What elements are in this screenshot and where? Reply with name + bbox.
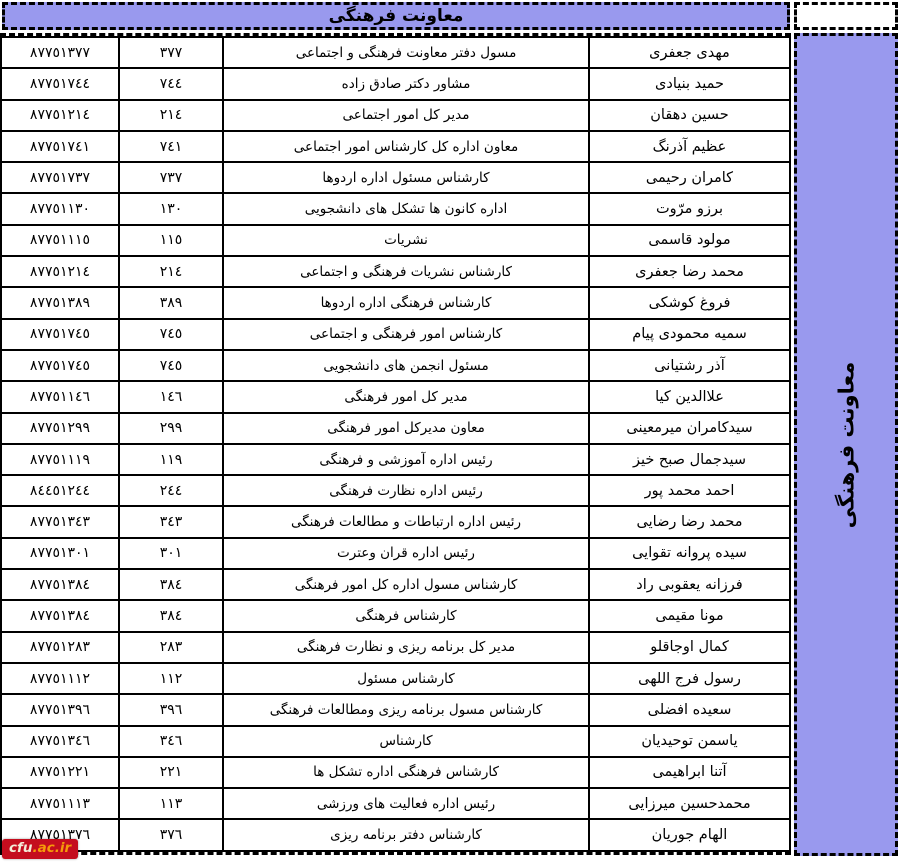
table-row: سیدجمال صبح خیز رئیس اداره آموزشی و فرهن…: [1, 444, 790, 475]
table-row: محمد رضا رضایی رئیس اداره ارتباطات و مطا…: [1, 506, 790, 537]
employee-name: سیدجمال صبح خیز: [589, 444, 790, 475]
directory-page: معاونت فرهنگی معاونت فرهنگی مهدی جعفری م…: [0, 0, 900, 862]
table-row: فرزانه یعقوبی راد کارشناس مسول اداره کل …: [1, 569, 790, 600]
extension-number: ٢٨٣: [119, 632, 223, 663]
employee-role: کارشناس فرهنگی اداره تشکل ها: [223, 757, 589, 788]
page-title: معاونت فرهنگی: [329, 6, 464, 26]
sidebar-label: معاونت فرهنگی: [834, 361, 858, 528]
phone-number: ٨٧٧٥١٣٧٧: [1, 37, 119, 68]
phone-number: ٨٧٧٥١٣٨٩: [1, 287, 119, 318]
extension-number: ١١٩: [119, 444, 223, 475]
employee-role: کارشناس مسول اداره کل امور فرهنگی: [223, 569, 589, 600]
employee-name: برزو مرّوت: [589, 193, 790, 224]
directory-table-wrap: مهدی جعفری مسول دفتر معاونت فرهنگی و اجت…: [0, 33, 791, 855]
employee-name: سعیده افضلی: [589, 694, 790, 725]
employee-role: کارشناس مسئول اداره اردوها: [223, 162, 589, 193]
extension-number: ٣٨٤: [119, 600, 223, 631]
phone-number: ٨٧٧٥١١٣٠: [1, 193, 119, 224]
table-row: کامران رحیمی کارشناس مسئول اداره اردوها …: [1, 162, 790, 193]
table-row: سعیده افضلی کارشناس مسول برنامه ریزی ومط…: [1, 694, 790, 725]
employee-role: مدیر کل امور فرهنگی: [223, 381, 589, 412]
employee-name: احمد محمد پور: [589, 475, 790, 506]
table-row: احمد محمد پور رئیس اداره نظارت فرهنگی ٢٤…: [1, 475, 790, 506]
phone-number: ٨٧٧٥١٧٤٥: [1, 350, 119, 381]
employee-name: مهدی جعفری: [589, 37, 790, 68]
employee-name: آتنا ابراهیمی: [589, 757, 790, 788]
extension-number: ٣٤٦: [119, 726, 223, 757]
phone-number: ٨٧٧٥١١٤٦: [1, 381, 119, 412]
extension-number: ١٣٠: [119, 193, 223, 224]
phone-number: ٨٧٧٥١٢٨٣: [1, 632, 119, 663]
table-row: الهام جوریان کارشناس دفتر برنامه ریزی ٣٧…: [1, 819, 790, 851]
employee-role: رئیس اداره آموزشی و فرهنگی: [223, 444, 589, 475]
extension-number: ٧٤٥: [119, 350, 223, 381]
table-row: حمید بنیادی مشاور دکتر صادق زاده ٧٤٤ ٨٧٧…: [1, 68, 790, 99]
phone-number: ٨٧٧٥١٣٨٤: [1, 569, 119, 600]
employee-role: کارشناس مسئول: [223, 663, 589, 694]
table-row: سیدکامران میرمعینی معاون مدیرکل امور فره…: [1, 413, 790, 444]
employee-role: نشریات: [223, 225, 589, 256]
table-row: عظیم آذرنگ معاون اداره کل کارشناس امور ا…: [1, 131, 790, 162]
employee-role: رئیس اداره قران وعترت: [223, 538, 589, 569]
table-row: مونا مقیمی کارشناس فرهنگی ٣٨٤ ٨٧٧٥١٣٨٤: [1, 600, 790, 631]
employee-name: فروغ کوشکی: [589, 287, 790, 318]
table-row: مولود قاسمی نشریات ١١٥ ٨٧٧٥١١١٥: [1, 225, 790, 256]
phone-number: ٨٧٧٥١٢٢١: [1, 757, 119, 788]
extension-number: ٢٢١: [119, 757, 223, 788]
employee-role: معاون اداره کل کارشناس امور اجتماعی: [223, 131, 589, 162]
extension-number: ٧٣٧: [119, 162, 223, 193]
employee-name: عظیم آذرنگ: [589, 131, 790, 162]
table-row: آتنا ابراهیمی کارشناس فرهنگی اداره تشکل …: [1, 757, 790, 788]
employee-name: آذر رشتیانی: [589, 350, 790, 381]
employee-name: مولود قاسمی: [589, 225, 790, 256]
table-row: محمد رضا جعفری کارشناس نشریات فرهنگی و ا…: [1, 256, 790, 287]
employee-name: حسین دهقان: [589, 100, 790, 131]
table-row: رسول فرج اللهی کارشناس مسئول ١١٢ ٨٧٧٥١١١…: [1, 663, 790, 694]
table-row: مهدی جعفری مسول دفتر معاونت فرهنگی و اجت…: [1, 37, 790, 68]
employee-role: مسول دفتر معاونت فرهنگی و اجتماعی: [223, 37, 589, 68]
table-row: فروغ کوشکی کارشناس فرهنگی اداره اردوها ٣…: [1, 287, 790, 318]
employee-name: محمدحسین میرزایی: [589, 788, 790, 819]
employee-role: معاون مدیرکل امور فرهنگی: [223, 413, 589, 444]
extension-number: ١٤٦: [119, 381, 223, 412]
employee-role: کارشناس نشریات فرهنگی و اجتماعی: [223, 256, 589, 287]
table-row: حسین دهقان مدیر کل امور اجتماعی ٢١٤ ٨٧٧٥…: [1, 100, 790, 131]
phone-number: ٨٧٧٥١٣٨٤: [1, 600, 119, 631]
table-row: علاالدین کیا مدیر کل امور فرهنگی ١٤٦ ٨٧٧…: [1, 381, 790, 412]
employee-role: مسئول انجمن های دانشجویی: [223, 350, 589, 381]
phone-number: ٨٤٤٥١٢٤٤: [1, 475, 119, 506]
directory-table: مهدی جعفری مسول دفتر معاونت فرهنگی و اجت…: [0, 36, 791, 852]
extension-number: ٣٧٦: [119, 819, 223, 851]
employee-name: فرزانه یعقوبی راد: [589, 569, 790, 600]
extension-number: ٧٤١: [119, 131, 223, 162]
table-row: سیده پروانه تقوایی رئیس اداره قران وعترت…: [1, 538, 790, 569]
table-row: سمیه محمودی پیام کارشناس امور فرهنگی و ا…: [1, 319, 790, 350]
watermark-suffix: .ac.ir: [33, 840, 72, 856]
phone-number: ٨٧٧٥١٧٤١: [1, 131, 119, 162]
phone-number: ٨٧٧٥١٣٩٦: [1, 694, 119, 725]
phone-number: ٨٧٧٥١٣٠١: [1, 538, 119, 569]
employee-role: کارشناس فرهنگی: [223, 600, 589, 631]
phone-number: ٨٧٧٥١٢٩٩: [1, 413, 119, 444]
extension-number: ١١٥: [119, 225, 223, 256]
phone-number: ٨٧٧٥١٧٤٥: [1, 319, 119, 350]
phone-number: ٨٧٧٥١٧٣٧: [1, 162, 119, 193]
employee-name: کمال اوجاقلو: [589, 632, 790, 663]
employee-role: رئیس اداره نظارت فرهنگی: [223, 475, 589, 506]
employee-name: رسول فرج اللهی: [589, 663, 790, 694]
table-row: کمال اوجاقلو مدیر کل برنامه ریزی و نظارت…: [1, 632, 790, 663]
table-row: یاسمن توحیدیان کارشناس ٣٤٦ ٨٧٧٥١٣٤٦: [1, 726, 790, 757]
employee-role: کارشناس فرهنگی اداره اردوها: [223, 287, 589, 318]
employee-name: الهام جوریان: [589, 819, 790, 851]
extension-number: ٢٩٩: [119, 413, 223, 444]
employee-role: رئیس اداره فعالیت های ورزشی: [223, 788, 589, 819]
header-bar: معاونت فرهنگی: [2, 2, 790, 30]
employee-role: مدیر کل برنامه ریزی و نظارت فرهنگی: [223, 632, 589, 663]
extension-number: ٣٤٣: [119, 506, 223, 537]
table-row: آذر رشتیانی مسئول انجمن های دانشجویی ٧٤٥…: [1, 350, 790, 381]
phone-number: ٨٧٧٥١١١٣: [1, 788, 119, 819]
employee-name: حمید بنیادی: [589, 68, 790, 99]
header-corner-cell: [794, 2, 898, 30]
watermark-prefix: cfu: [9, 840, 33, 856]
phone-number: ٨٧٧٥١٢١٤: [1, 256, 119, 287]
employee-name: سمیه محمودی پیام: [589, 319, 790, 350]
table-row: برزو مرّوت اداره کانون ها تشکل های دانشج…: [1, 193, 790, 224]
employee-name: مونا مقیمی: [589, 600, 790, 631]
extension-number: ٣٩٦: [119, 694, 223, 725]
extension-number: ٢١٤: [119, 256, 223, 287]
phone-number: ٨٧٧٥١٣٤٣: [1, 506, 119, 537]
employee-role: کارشناس: [223, 726, 589, 757]
employee-role: رئیس اداره ارتباطات و مطالعات فرهنگی: [223, 506, 589, 537]
sidebar: معاونت فرهنگی: [794, 33, 898, 856]
employee-role: مشاور دکتر صادق زاده: [223, 68, 589, 99]
extension-number: ٧٤٥: [119, 319, 223, 350]
employee-name: یاسمن توحیدیان: [589, 726, 790, 757]
phone-number: ٨٧٧٥١١١٥: [1, 225, 119, 256]
employee-role: اداره کانون ها تشکل های دانشجویی: [223, 193, 589, 224]
employee-role: کارشناس مسول برنامه ریزی ومطالعات فرهنگی: [223, 694, 589, 725]
employee-name: علاالدین کیا: [589, 381, 790, 412]
extension-number: ٣٨٤: [119, 569, 223, 600]
extension-number: ٧٤٤: [119, 68, 223, 99]
employee-role: کارشناس امور فرهنگی و اجتماعی: [223, 319, 589, 350]
employee-name: سیدکامران میرمعینی: [589, 413, 790, 444]
table-body: مهدی جعفری مسول دفتر معاونت فرهنگی و اجت…: [1, 37, 790, 851]
phone-number: ٨٧٧٥١١١٢: [1, 663, 119, 694]
employee-role: کارشناس دفتر برنامه ریزی: [223, 819, 589, 851]
phone-number: ٨٧٧٥١٢١٤: [1, 100, 119, 131]
table-row: محمدحسین میرزایی رئیس اداره فعالیت های و…: [1, 788, 790, 819]
employee-name: محمد رضا رضایی: [589, 506, 790, 537]
phone-number: ٨٧٧٥١١١٩: [1, 444, 119, 475]
extension-number: ٢١٤: [119, 100, 223, 131]
phone-number: ٨٧٧٥١٧٤٤: [1, 68, 119, 99]
extension-number: ٣٧٧: [119, 37, 223, 68]
extension-number: ٣٠١: [119, 538, 223, 569]
extension-number: ٣٨٩: [119, 287, 223, 318]
employee-name: محمد رضا جعفری: [589, 256, 790, 287]
extension-number: ٢٤٤: [119, 475, 223, 506]
employee-name: سیده پروانه تقوایی: [589, 538, 790, 569]
employee-name: کامران رحیمی: [589, 162, 790, 193]
extension-number: ١١٢: [119, 663, 223, 694]
employee-role: مدیر کل امور اجتماعی: [223, 100, 589, 131]
site-watermark: cfu.ac.ir: [2, 839, 78, 859]
phone-number: ٨٧٧٥١٣٤٦: [1, 726, 119, 757]
extension-number: ١١٣: [119, 788, 223, 819]
